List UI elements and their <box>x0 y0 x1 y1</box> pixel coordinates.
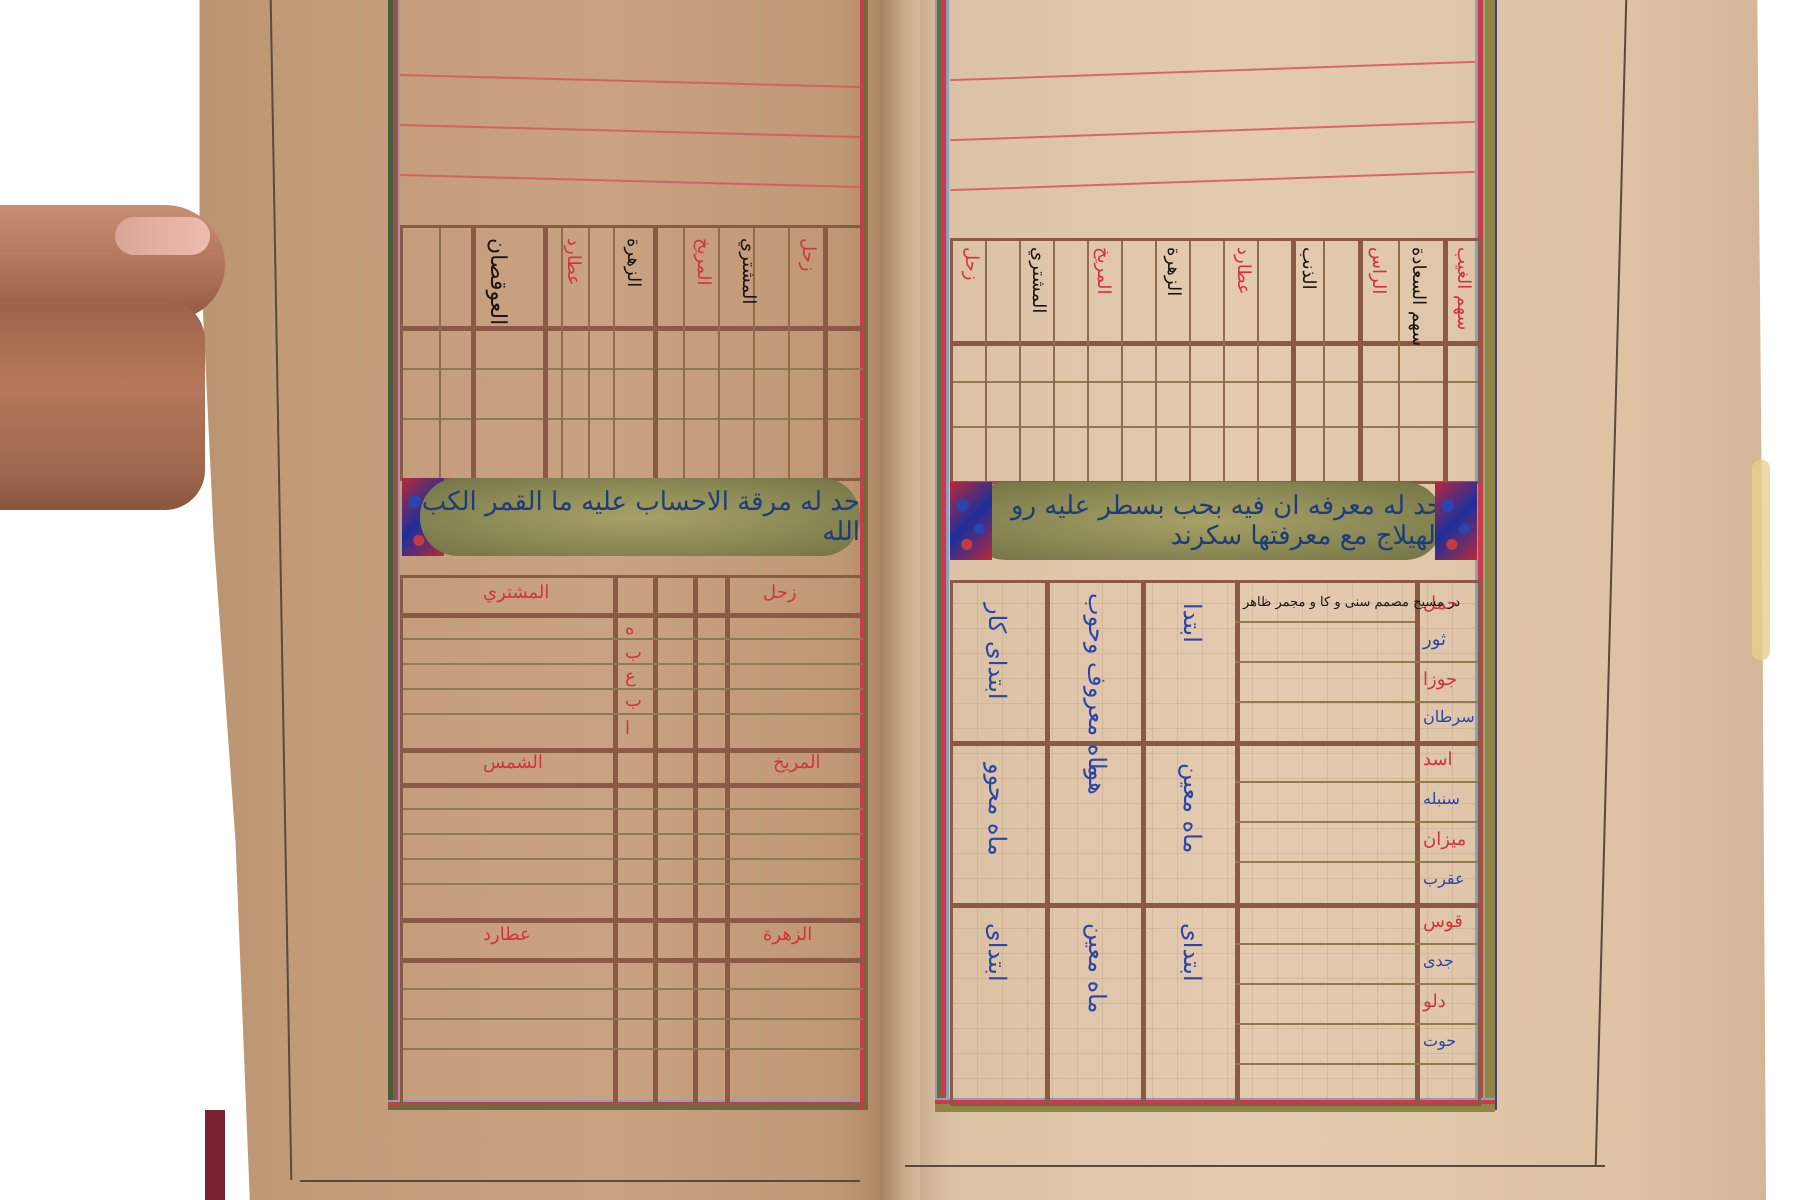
thumbnail <box>115 217 210 255</box>
blue-entry-8: ماه معین <box>1083 923 1111 1013</box>
blue-entry-1: ابتدا <box>1178 603 1206 643</box>
month-8: عقرب <box>1423 869 1465 888</box>
month-11: دلو <box>1423 991 1446 1012</box>
left-section-title-5: عطارد <box>483 924 531 945</box>
right-cartouche-ornament-left <box>950 482 992 560</box>
right-header-1: سهم الغيب <box>1453 247 1474 330</box>
left-section-title-1: المشتري <box>483 582 549 603</box>
month-12: حوت <box>1423 1031 1456 1050</box>
left-cartouche: حد له مرقة الاحساب عليه ما القمر الكب ال… <box>420 478 860 556</box>
right-header-3: الراس <box>1368 247 1389 294</box>
right-header-8: المشتري <box>1028 247 1049 313</box>
blue-entry-6: ماه محوو <box>983 763 1011 856</box>
book-gutter <box>880 0 920 1200</box>
right-header-4: الذنب <box>1298 247 1319 290</box>
right-row-text: در مسیح مصمم سنی و کا و مجمر ظاهر <box>1243 595 1460 610</box>
month-9: قوس <box>1423 911 1463 932</box>
paper-tear <box>1752 460 1770 660</box>
right-upper-table: سهم الغيب سهم السعادة الراس الذنب عطارد … <box>950 238 1481 484</box>
left-section-title-4: المريخ <box>773 752 820 773</box>
month-3: جوزا <box>1423 669 1457 690</box>
left-upper-table: العوقصان عطارد الزهرة المريخ المشتري زحل <box>400 225 866 481</box>
left-bottom-rule <box>300 1180 860 1182</box>
month-4: سرطان <box>1423 707 1475 726</box>
month-2: ثور <box>1423 629 1446 650</box>
blue-entry-4: ماه معین <box>1178 763 1206 853</box>
month-7: ميزان <box>1423 829 1466 850</box>
left-header-4: المريخ <box>693 238 714 285</box>
book-cover-edge <box>205 1110 225 1200</box>
right-header-2: سهم السعادة <box>1408 247 1429 346</box>
blue-entry-2: ماه معروف وحوب <box>1083 593 1111 777</box>
left-lower-table: المشتري زحل الشمس المريخ عطارد الزهرة ه … <box>400 575 866 1106</box>
left-row-marker-4: ب <box>625 690 642 711</box>
right-cartouche-ornament-right <box>1435 482 1477 560</box>
left-header-2: عطارد <box>563 238 584 286</box>
left-header-3: الزهرة <box>623 238 644 287</box>
hand-holding-page <box>0 205 210 445</box>
blue-entry-5: هوا <box>1083 763 1111 795</box>
right-header-5: عطارد <box>1233 247 1254 295</box>
left-frame <box>388 0 400 1105</box>
left-row-marker-1: ه <box>625 618 634 639</box>
right-frame-left <box>935 0 949 1105</box>
left-header-6: زحل <box>798 238 819 271</box>
right-bottom-rule <box>905 1165 1605 1167</box>
blue-entry-9: ابتدای <box>983 923 1011 982</box>
left-section-title-3: الشمس <box>483 752 543 773</box>
fingers <box>0 300 205 510</box>
right-cartouche-text: حد له معرفه ان فيه بحب بسطر عليه رو الهي… <box>968 491 1443 551</box>
left-row-marker-2: ب <box>625 642 642 663</box>
left-section-title-2: زحل <box>763 582 796 603</box>
month-5: اسد <box>1423 749 1453 770</box>
right-lower-table: حمل ثور جوزا سرطان اسد سنبله ميزان عقرب … <box>950 580 1481 1106</box>
right-header-7: المريخ <box>1093 247 1114 294</box>
left-row-marker-3: ع <box>625 666 636 687</box>
left-cartouche-text: حد له مرقة الاحساب عليه ما القمر الكب ال… <box>420 487 860 547</box>
blue-entry-7: ابتدای <box>1178 923 1206 982</box>
right-header-6: الزهرة <box>1163 247 1184 296</box>
blue-entry-3: ابتدای کار <box>983 603 1011 700</box>
left-header-1: العوقصان <box>485 238 510 325</box>
left-header-5: المشتري <box>738 238 759 304</box>
right-header-9: زحل <box>961 247 982 280</box>
right-cartouche: حد له معرفه ان فيه بحب بسطر عليه رو الهي… <box>968 482 1443 560</box>
left-row-marker-5: ا <box>625 718 630 739</box>
left-section-title-6: الزهرة <box>763 924 812 945</box>
month-6: سنبله <box>1423 789 1460 808</box>
month-10: جدی <box>1423 951 1454 970</box>
